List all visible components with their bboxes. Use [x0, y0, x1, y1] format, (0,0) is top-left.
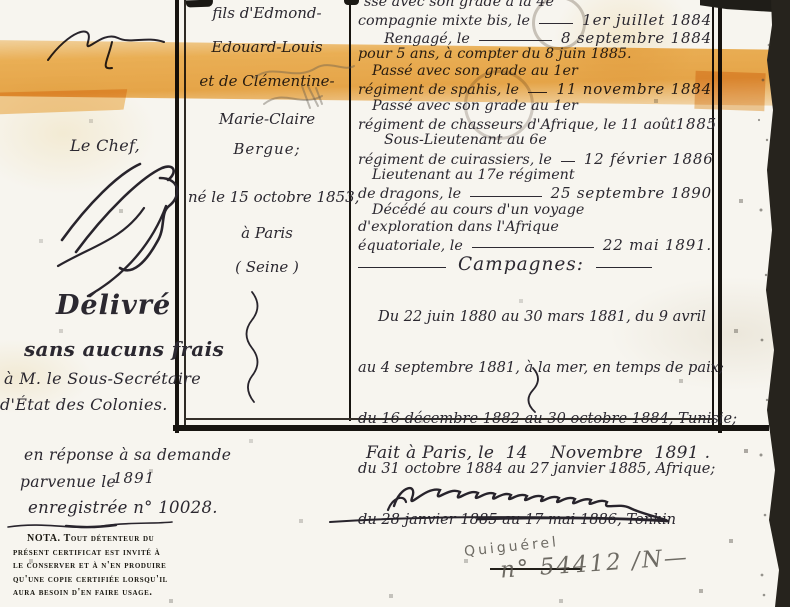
nota-line: le conserver et à n'en produire	[13, 559, 185, 573]
etat-colonies-line: d'État des Colonies.	[0, 395, 168, 414]
nota-line: présent certificat est invité à	[13, 546, 185, 560]
service-date: 1er juillet 1884	[582, 11, 712, 29]
service-text: équatoriale, le	[358, 238, 463, 254]
dash-leader	[539, 23, 573, 24]
service-entry: d'exploration dans l'Afrique	[358, 219, 712, 236]
service-text: régiment de chasseurs d'Afrique, le 11 a…	[358, 117, 676, 133]
service-text: Décédé au cours d'un voyage	[372, 202, 584, 218]
pencil-scribble-on-tape	[246, 56, 361, 126]
filiation-line: fils d'Edmond-	[188, 4, 346, 22]
scan-right-edge	[755, 0, 790, 607]
nota-printed-notice: NOTA. Tout détenteur du présent certific…	[13, 532, 185, 600]
service-date: 22 mai 1891.	[603, 236, 712, 254]
fait-a-paris-line: Fait à Paris, le 14 Novembre 1891 .	[366, 443, 710, 463]
service-entry: régiment de chasseurs d'Afrique, le 11 a…	[358, 115, 712, 132]
campagnes-heading: Campagnes:	[358, 254, 712, 275]
dash-leader	[472, 247, 594, 248]
heading-dash-right	[596, 267, 652, 268]
service-text: de dragons, le	[358, 186, 461, 202]
closing-squiggle	[240, 290, 264, 408]
reponse-year: 1891	[113, 469, 155, 487]
campagnes-title: Campagnes:	[458, 254, 584, 275]
signature-underline-flourish	[328, 512, 676, 528]
service-entry: Décédé au cours d'un voyage	[358, 202, 712, 219]
birth-department-line: ( Seine )	[188, 258, 346, 276]
scan-top-edge-mark	[186, 0, 213, 7]
service-entry: équatoriale, le 22 mai 1891.	[358, 236, 712, 253]
filiation-name: Bergue;	[188, 140, 346, 158]
service-entry: Lieutenant au 17e régiment	[358, 167, 712, 184]
service-entry: Rengagé, le 8 septembre 1884	[358, 29, 712, 46]
paper-speckles	[0, 0, 2, 2]
sous-secretaire-line: à M. le Sous-Secrétaire	[4, 369, 201, 388]
campagne-line: Du 22 juin 1880 au 30 mars 1881, du 9 av…	[358, 309, 712, 326]
reponse-line-2: parvenue le	[20, 473, 116, 491]
service-date: 1885	[676, 115, 717, 133]
service-text: régiment de cuirassiers, le	[358, 152, 552, 168]
delivre-label: Délivré	[56, 290, 171, 321]
service-text: d'exploration dans l'Afrique	[358, 219, 559, 235]
service-date: 25 septembre 1890	[551, 184, 712, 202]
service-text: compagnie mixte bis, le	[358, 13, 530, 29]
dash-leader	[479, 40, 552, 41]
closing-squiggle	[521, 366, 545, 412]
service-date: 8 septembre 1884	[561, 29, 712, 47]
nota-line: qu'une copie certifiée lorsqu'il	[13, 573, 185, 587]
service-text: ssé avec son grade à la 4e	[358, 0, 554, 10]
service-text: Sous-Lieutenant au 6e	[384, 132, 547, 148]
service-entry: ssé avec son grade à la 4e	[358, 0, 712, 11]
dash-leader	[561, 161, 575, 162]
reponse-line-3: enregistrée n° 10028.	[28, 498, 218, 517]
service-entry: Sous-Lieutenant au 6e	[358, 132, 712, 149]
scanned-certificate-page: Le Chef, Délivré sans aucuns frais à M. …	[0, 0, 790, 607]
dash-leader	[470, 196, 542, 197]
reponse-line-1: en réponse à sa demande	[24, 446, 231, 464]
service-entry: de dragons, le 25 septembre 1890	[358, 184, 712, 201]
nota-line: aura besoin d'en faire usage.	[13, 586, 185, 600]
nota-line: NOTA. Tout détenteur du	[13, 532, 185, 546]
campagne-line: du 16 décembre 1882 au 30 octobre 1884, …	[358, 411, 712, 428]
scan-top-edge-mark	[344, 0, 359, 5]
birth-date-line: né le 15 octobre 1853,	[188, 188, 346, 206]
service-entry: compagnie mixte bis, le 1er juillet 1884	[358, 11, 712, 28]
birth-place-line: à Paris	[188, 224, 346, 242]
heading-dash-left	[358, 267, 446, 268]
service-entry: régiment de cuirassiers, le 12 février 1…	[358, 150, 712, 167]
service-text: Lieutenant au 17e régiment	[372, 167, 575, 183]
chef-signature	[48, 148, 196, 293]
service-date: 12 février 1886	[584, 150, 714, 168]
